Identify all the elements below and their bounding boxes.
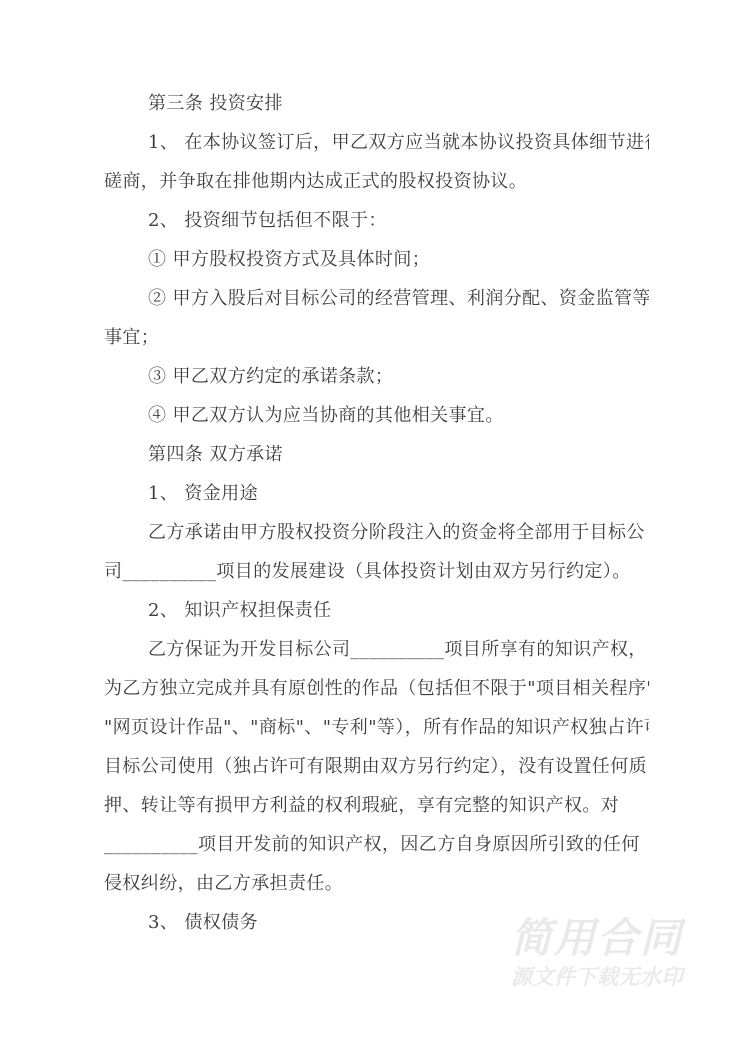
document-line: 3、 债权债务 — [104, 903, 649, 942]
document-line: ③ 甲乙双方约定的承诺条款； — [104, 357, 649, 396]
document-line: ② 甲方入股后对目标公司的经营管理、利润分配、资金监管等 — [104, 279, 649, 318]
document-line: 侵权纠纷，由乙方承担责任。 — [104, 864, 649, 903]
document-line: __________项目开发前的知识产权，因乙方自身原因所引致的任何 — [104, 825, 649, 864]
document-line: 2、 知识产权担保责任 — [104, 591, 649, 630]
document-line: 1、 资金用途 — [104, 474, 649, 513]
document-line: 乙方承诺由甲方股权投资分阶段注入的资金将全部用于目标公 — [104, 513, 649, 552]
document-line: ④ 甲乙双方认为应当协商的其他相关事宜。 — [104, 396, 649, 435]
contract-body: 第三条 投资安排1、 在本协议签订后，甲乙双方应当就本协议投资具体细节进行磋商，… — [104, 84, 649, 942]
document-line: 司__________项目的发展建设（具体投资计划由双方另行约定）。 — [104, 552, 649, 591]
watermark-subtitle: 源文件下载无水印 — [511, 964, 683, 990]
document-line: 1、 在本协议签订后，甲乙双方应当就本协议投资具体细节进行 — [104, 123, 649, 162]
document-line: 押、转让等有损甲方利益的权利瑕疵，享有完整的知识产权。对 — [104, 786, 649, 825]
document-line: 乙方保证为开发目标公司__________项目所享有的知识产权， — [104, 630, 649, 669]
document-line: 事宜； — [104, 318, 649, 357]
document-line: 目标公司使用（独占许可有限期由双方另行约定），没有设置任何质 — [104, 747, 649, 786]
document-line: 第三条 投资安排 — [104, 84, 649, 123]
document-line: 2、 投资细节包括但不限于： — [104, 201, 649, 240]
document-line: 磋商，并争取在排他期内达成正式的股权投资协议。 — [104, 162, 649, 201]
document-line: "网页设计作品"、"商标"、"专利"等），所有作品的知识产权独占许可 — [104, 708, 649, 747]
document-line: ① 甲方股权投资方式及具体时间； — [104, 240, 649, 279]
document-line: 为乙方独立完成并具有原创性的作品（包括但不限于"项目相关程序"、 — [104, 669, 649, 708]
document-line: 第四条 双方承诺 — [104, 435, 649, 474]
contract-page: 第三条 投资安排1、 在本协议签订后，甲乙双方应当就本协议投资具体细节进行磋商，… — [0, 0, 742, 1049]
